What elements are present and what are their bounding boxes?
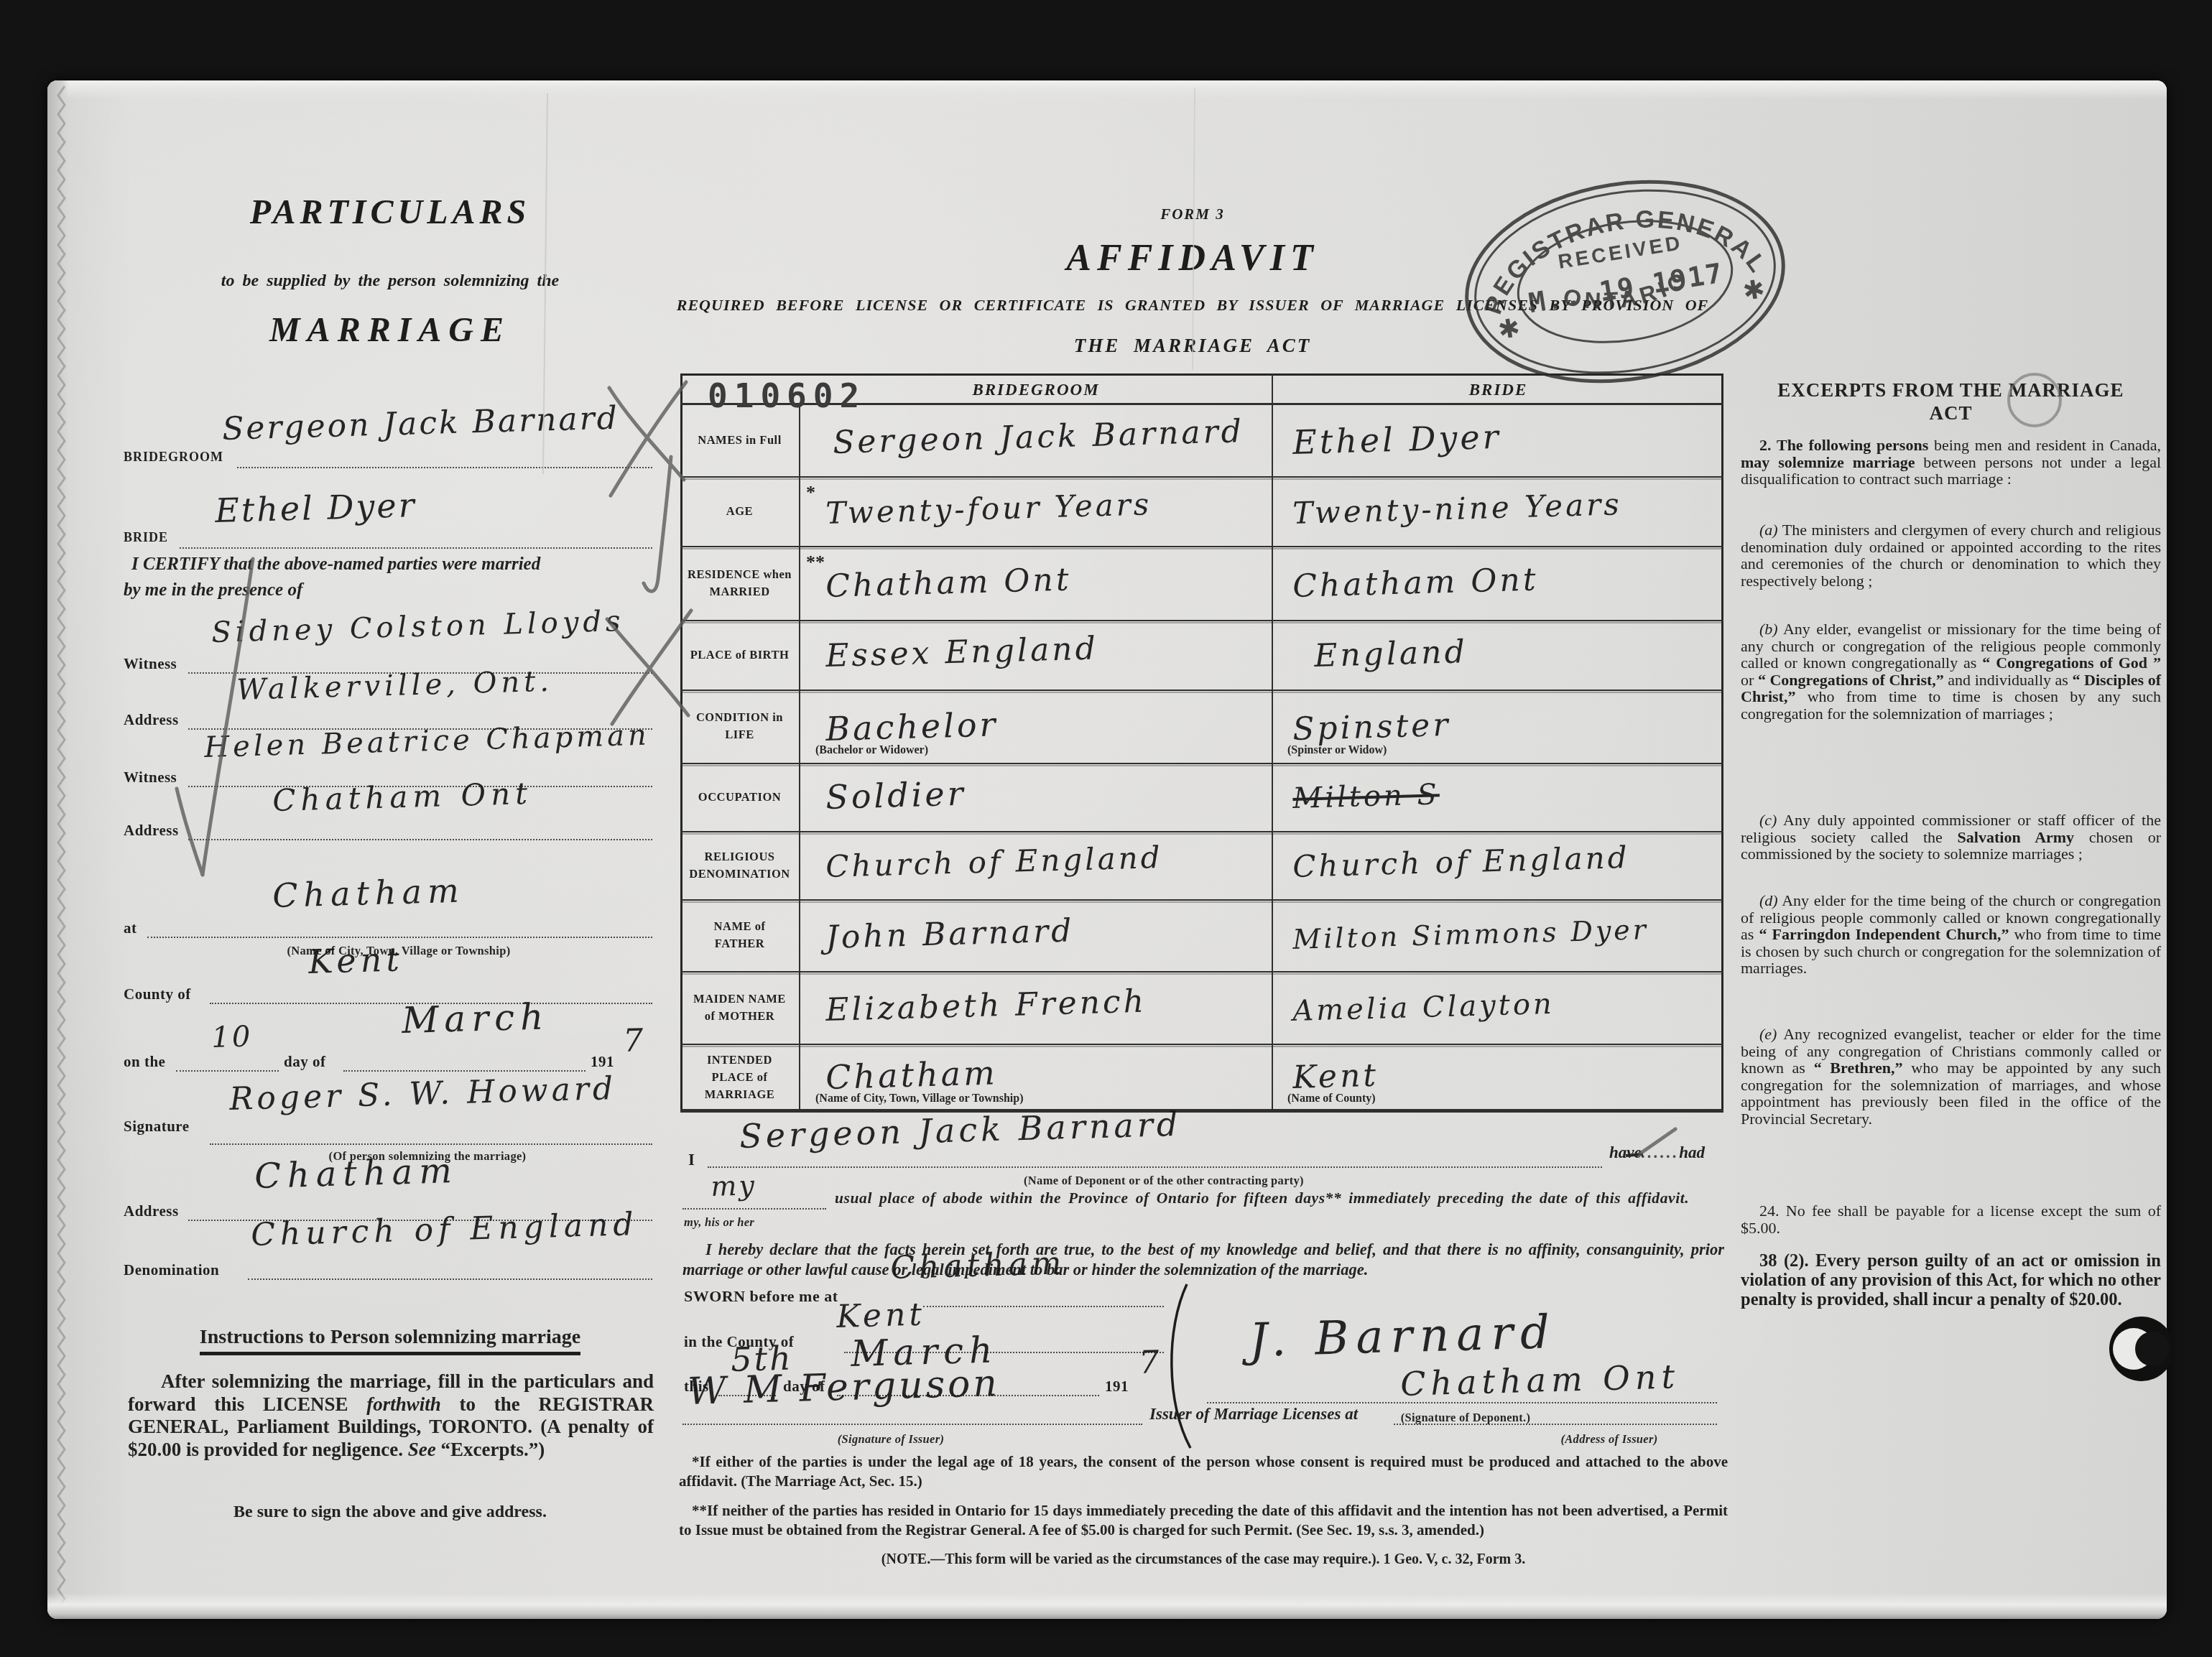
left-title-marriage: MARRIAGE: [124, 310, 656, 350]
deponent-signature: J. Barnard: [1249, 1306, 1558, 1368]
sworn-year-prefix: 191: [1105, 1378, 1129, 1396]
footnote-1: *If either of the parties is under the l…: [679, 1452, 1728, 1491]
instructions-title: Instructions to Person solemnizing marri…: [200, 1326, 580, 1355]
address3-value: Chatham: [254, 1151, 458, 1197]
table-row-label: INTENDED PLACE of MARRIAGE: [680, 1044, 799, 1111]
text-segment: “ Brethren,”: [1814, 1059, 1903, 1077]
witness2-label: Witness: [124, 769, 177, 786]
page-bottom-edge: [47, 1593, 2167, 1619]
onthe-label: on the: [124, 1053, 165, 1071]
table-cell-value: Kent: [1292, 1057, 1379, 1096]
bridegroom-line: [237, 467, 652, 468]
excerpt-paragraph: 38 (2). Every person guilty of an act or…: [1741, 1251, 2161, 1309]
excerpts-title-2: ACT: [1741, 402, 2161, 424]
text-segment: (e): [1759, 1025, 1777, 1043]
signature-line: [210, 1143, 652, 1145]
footnote-asterisk: *: [806, 482, 815, 503]
dots-gap: ......: [1642, 1143, 1680, 1161]
issuer-signature-line: [682, 1424, 1142, 1425]
excerpt-paragraph: (a) The ministers and clergymen of every…: [1741, 521, 2161, 589]
county-value: Kent: [307, 939, 404, 981]
table-cell-value: Chatham: [825, 1053, 998, 1097]
issuer-address-value: Chatham Ont: [1399, 1357, 1680, 1403]
table-row-label: MAIDEN NAME of MOTHER: [680, 971, 799, 1044]
address2-value: Chatham Ont: [272, 776, 533, 818]
deponent-name-line: [708, 1166, 1602, 1168]
year-digit: 7: [623, 1022, 646, 1059]
table-row-rule: [680, 620, 1723, 621]
issuer-address-line: [1394, 1424, 1717, 1425]
text-segment: Salvation Army: [1958, 828, 2075, 846]
affidavit-title: AFFIDAVIT: [682, 237, 1703, 279]
text-segment: (b): [1759, 620, 1778, 638]
table-cell-sublabel: (Name of County): [1287, 1092, 1376, 1105]
table-row-label: NAME of FATHER: [680, 899, 799, 971]
text-segment: The following persons: [1777, 436, 1934, 454]
have-had: have......had: [1609, 1143, 1705, 1162]
text-segment: (c): [1759, 811, 1777, 829]
table-row-rule: [680, 690, 1723, 691]
footnote-2: **If neither of the parties has resided …: [679, 1501, 1728, 1540]
deponent-signature-line: [1207, 1402, 1717, 1403]
table-cell-sublabel: (Name of City, Town, Village or Township…: [815, 1092, 1024, 1105]
table-row-label: CONDITION in LIFE: [680, 690, 799, 763]
table-row-rule: [680, 831, 1723, 832]
dayof-label: day of: [284, 1053, 325, 1071]
excerpt-paragraph: (e) Any recognized evangelist, teacher o…: [1741, 1026, 2161, 1128]
left-subtitle: to be supplied by the person solemnizing…: [124, 271, 656, 291]
form-number: FORM 3: [682, 205, 1703, 223]
table-cell-value: England: [1314, 633, 1468, 674]
table-label-divider: [799, 405, 800, 1111]
excerpt-paragraph: 2. The following persons being men and r…: [1741, 437, 2161, 488]
scanned-document: PARTICULARS to be supplied by the person…: [0, 0, 2212, 1657]
at-line: [147, 937, 652, 938]
table-row-label: NAMES in Full: [680, 404, 799, 476]
year-prefix: 191: [591, 1053, 614, 1071]
address2-label: Address: [124, 822, 179, 840]
abode-blank-line: [682, 1208, 826, 1210]
left-title-particulars: PARTICULARS: [124, 192, 656, 232]
table-cell-value: Chatham Ont: [825, 561, 1073, 605]
declaration-paragraph: I hereby declare that the facts herein s…: [682, 1240, 1724, 1280]
signature-label: Signature: [124, 1118, 190, 1136]
table-cell-value: Spinster: [1292, 707, 1451, 748]
text-segment: 2.: [1759, 436, 1777, 454]
instructions-title-wrap: Instructions to Person solemnizing marri…: [124, 1326, 656, 1355]
page-top-edge: [47, 80, 2167, 99]
text-segment: (d): [1759, 891, 1778, 909]
required-line: REQUIRED BEFORE LICENSE OR CERTIFICATE I…: [661, 296, 1724, 315]
deponent-name-sublabel: (Name of Deponent or of the other contra…: [891, 1174, 1437, 1188]
marriage-act-line: THE MARRIAGE ACT: [682, 335, 1703, 357]
certify-line-2: by me in the presence of: [124, 580, 648, 600]
denomination-line: [248, 1278, 652, 1280]
table-row-rule: [680, 763, 1723, 764]
instructions-note: Be sure to sign the above and give addre…: [124, 1503, 656, 1522]
had-text: had: [1679, 1143, 1705, 1161]
excerpt-paragraph: (c) Any duly appointed commissioner or s…: [1741, 812, 2161, 863]
table-cell-sublabel: (Bachelor or Widower): [815, 744, 928, 757]
table-row-rule: [680, 546, 1723, 547]
text-segment: and individually as: [1944, 671, 2073, 689]
my-handwritten: my: [711, 1169, 757, 1202]
issuer-address-sublabel: (Address of Issuer): [1480, 1432, 1739, 1447]
text-segment: “Excerpts.”): [436, 1439, 545, 1460]
issuer-signature-sublabel: (Signature of Issuer): [747, 1432, 1035, 1447]
table-row-label: PLACE of BIRTH: [680, 620, 799, 690]
table-row-label: RESIDENCE when MARRIED: [680, 546, 799, 620]
bride-column-header: BRIDE: [1273, 381, 1723, 399]
table-row-label: RELIGIOUS DENOMINATION: [680, 831, 799, 899]
bridegroom-label: BRIDEGROOM: [124, 450, 223, 465]
address3-label: Address: [124, 1202, 179, 1220]
issuer-at-label: Issuer of Marriage Licenses at: [1149, 1405, 1358, 1424]
sworn-place-value: Chatham: [890, 1245, 1067, 1286]
instructions-paragraph: After solemnizing the marriage, fill in …: [128, 1370, 654, 1461]
address2-line: [188, 839, 652, 840]
month-value: March: [401, 995, 550, 1041]
excerpts-title-1: EXCERPTS FROM THE MARRIAGE: [1741, 379, 2161, 402]
bride-label: BRIDE: [124, 530, 168, 545]
table-cell-value: Chatham Ont: [1292, 561, 1540, 605]
witness1-label: Witness: [124, 655, 177, 673]
excerpt-paragraph: 24. No fee shall be payable for a licens…: [1741, 1202, 2161, 1236]
sworn-year-digit: 7: [1139, 1344, 1162, 1381]
perforated-edge: [47, 80, 69, 1619]
issuer-signature: W M Ferguson: [687, 1362, 1000, 1414]
text-segment: 24. No fee shall be payable for a licens…: [1741, 1202, 2161, 1237]
sworn-label: SWORN before me at: [684, 1287, 838, 1306]
county-label: County of: [124, 985, 191, 1003]
bride-line: [180, 547, 652, 549]
table-row-rule: [680, 971, 1723, 973]
table-cell-value: Essex England: [825, 630, 1099, 674]
at-label: at: [124, 919, 137, 937]
table-row-rule: [680, 476, 1723, 478]
table-cell-value: Ethel Dyer: [1292, 417, 1501, 462]
denomination-label: Denomination: [124, 1261, 219, 1279]
table-row-rule: [680, 1044, 1723, 1045]
bride-value: Ethel Dyer: [214, 486, 417, 530]
excerpt-paragraph: (d) Any elder for the time being of the …: [1741, 892, 2161, 977]
day-value: 10: [211, 1020, 253, 1054]
footnote-note: (NOTE.—This form will be varied as the c…: [679, 1551, 1728, 1568]
table-bottom-rule: [680, 1109, 1723, 1113]
abode-line: usual place of abode within the Province…: [835, 1189, 1689, 1207]
footnote-asterisk: **: [806, 552, 825, 573]
text-segment: forthwith: [366, 1393, 441, 1415]
at-value: Chatham: [272, 871, 465, 915]
sworn-county-value: Kent: [836, 1296, 926, 1335]
day-line: [176, 1070, 279, 1072]
text-segment: 38 (2). Every person guilty of an act or…: [1741, 1251, 2161, 1309]
address1-label: Address: [124, 711, 179, 729]
table-cell-value: Milton S: [1292, 778, 1440, 815]
text-segment: who from time to time is chosen by any s…: [1741, 687, 2161, 723]
text-segment: The ministers and clergymen of every chu…: [1741, 521, 2161, 590]
text-segment: or: [1741, 671, 1758, 689]
table-cell-value: Soldier: [825, 774, 966, 817]
text-segment: “ Farringdon Independent Church,”: [1759, 925, 2009, 943]
excerpt-paragraph: (b) Any elder, evangelist or missionary …: [1741, 621, 2161, 723]
text-segment: “ Congregations of God ”: [1982, 654, 2161, 672]
ve-struck: ve: [1626, 1143, 1641, 1162]
table-row-label: OCCUPATION: [680, 763, 799, 831]
text-segment: being men and resident in Canada,: [1934, 436, 2161, 454]
text-segment: “ Congregations of Christ,”: [1758, 671, 1944, 689]
ha-text: ha: [1609, 1143, 1626, 1161]
table-row-label: AGE: [680, 476, 799, 546]
certify-line-1: I CERTIFY that the above-named parties w…: [131, 554, 656, 575]
table-cell-value: Bachelor: [825, 705, 999, 748]
text-segment: may solemnize marriage: [1741, 453, 1923, 471]
deponent-i-label: I: [688, 1151, 695, 1169]
table-cell-value: John Barnard: [825, 912, 1075, 956]
groom-column-header: BRIDEGROOM: [800, 381, 1272, 399]
table-center-divider: [1272, 373, 1273, 1111]
table-cell-sublabel: (Spinster or Widow): [1287, 744, 1387, 757]
my-his-her-sublabel: my, his or her: [684, 1215, 754, 1230]
table-row-rule: [680, 899, 1723, 901]
sworn-place-line: [923, 1306, 1164, 1307]
text-segment: (a): [1759, 521, 1778, 539]
text-segment: See: [408, 1439, 436, 1460]
